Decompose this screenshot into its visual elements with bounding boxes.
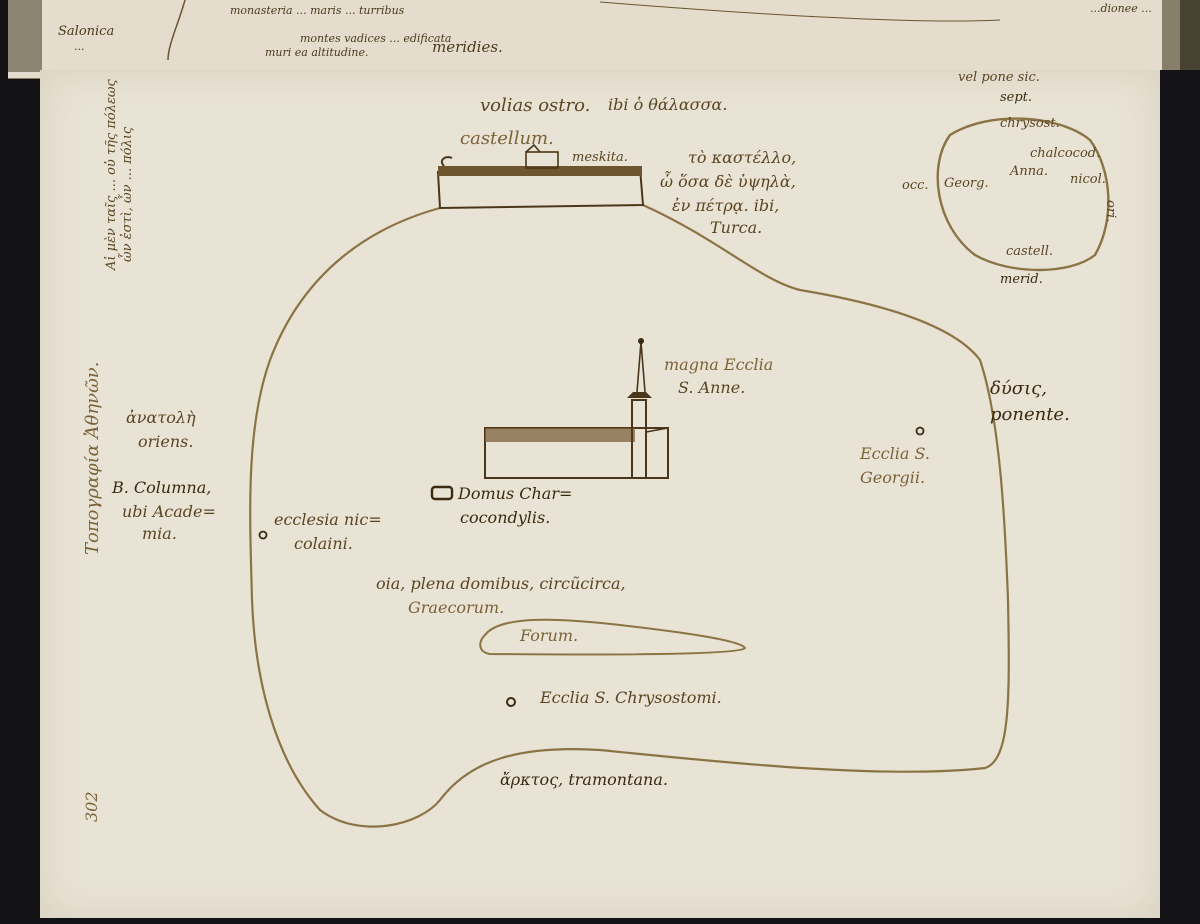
- inset-label-georg: Georg.: [944, 176, 989, 191]
- label-volias-ostro: volias ostro.: [480, 95, 590, 116]
- label-domus-chalcocondylis: Domus Char=: [458, 484, 572, 503]
- label-graecorum: Graecorum.: [408, 598, 504, 617]
- label-ecclesia-nicolai: ecclesia nic=: [274, 510, 382, 529]
- label-ecclesia-chrysostomi: Ecclia S. Chrysostomi.: [540, 688, 722, 707]
- label-ubi-academia: ubi Acade=: [122, 502, 216, 521]
- inset-label-chrysost: chrysost.: [1000, 116, 1060, 131]
- margin-title-topography: Τοπογραφία Ἀθηνῶν.: [82, 362, 103, 555]
- label-georgii: Georgii.: [860, 468, 925, 487]
- label-magna-ecclesia: magna Ecclia: [664, 355, 773, 374]
- label-omnia-plena-domibus: oia, plena domibus, circũcirca,: [376, 574, 626, 593]
- church-marker-chrysostomi: [507, 698, 515, 706]
- label-oriens: oriens.: [138, 432, 193, 451]
- label-ibi-thalassa: ibi ὁ θάλασσα.: [608, 95, 727, 114]
- inset-label-anna: Anna.: [1010, 164, 1048, 179]
- church-marker-nicolai: [260, 532, 267, 539]
- inset-note-sept: sept.: [1000, 90, 1032, 105]
- margin-note-1: Αἱ μὲν ταῖς ... οὐ τῆς πόλεως: [104, 79, 119, 270]
- label-arktos-tramontana: ἄρκτος, tramontana.: [500, 770, 668, 789]
- inset-label-occ: occ.: [902, 178, 929, 193]
- page-number: 302: [82, 791, 101, 822]
- label-ecclesia-s-georgii: Ecclia S.: [860, 444, 930, 463]
- label-ponente: ponente.: [990, 404, 1070, 425]
- label-greek-note-1: τὸ καστέλλο,: [688, 148, 796, 167]
- inset-label-chalcocod: chalcocod.: [1030, 146, 1100, 161]
- label-b-columna: B. Columna,: [112, 478, 211, 497]
- label-anatolis: ἀνατολὴ: [126, 408, 196, 427]
- house-icon: [432, 487, 452, 499]
- label-forum: Forum.: [520, 626, 578, 645]
- church-st-anne-icon: [485, 338, 668, 478]
- label-meskita: meskita.: [572, 150, 628, 165]
- inset-label-nicol: nicol.: [1070, 172, 1106, 187]
- label-mia: mia.: [142, 524, 177, 543]
- inset-label-ori: ori.: [1103, 200, 1118, 222]
- label-chalcocondylis: cocondylis.: [460, 508, 550, 527]
- inset-label-merid: merid.: [1000, 272, 1043, 287]
- inset-label-castell: castell.: [1006, 244, 1053, 259]
- label-greek-note-3: ἐν πέτρᾳ. ibi,: [672, 196, 779, 215]
- label-dysis: δύσις,: [990, 378, 1047, 399]
- label-greek-note-4: Turca.: [710, 218, 762, 237]
- label-castellum: castellum.: [460, 128, 554, 149]
- church-marker-georgii: [917, 428, 924, 435]
- inset-note-vel-pone: vel pone sic.: [958, 70, 1040, 85]
- label-s-anne: S. Anne.: [678, 378, 745, 397]
- label-colaini: colaini.: [294, 534, 353, 553]
- label-greek-note-2: ὦ ὅσα δὲ ὑψηλὰ,: [660, 172, 796, 191]
- margin-note-2: ὧν ἐστὶ, ὧν ... πόλις: [120, 127, 135, 262]
